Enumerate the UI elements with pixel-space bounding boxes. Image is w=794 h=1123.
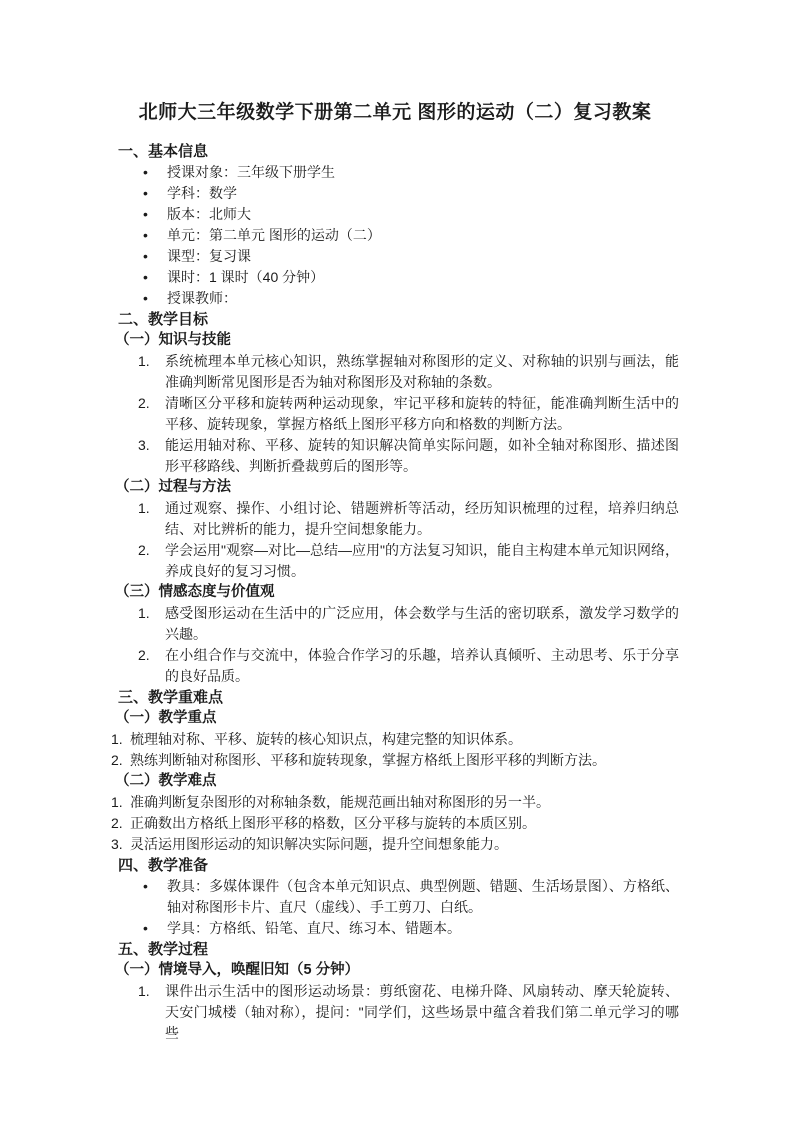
heading-teaching-preparation: 四、教学准备 (118, 855, 679, 876)
bullet-icon: • (143, 204, 167, 225)
numbered-item: 1. 系统梳理本单元核心知识，熟练掌握轴对称图形的定义、对称轴的识别与画法，能准… (138, 351, 679, 393)
item-text: 系统梳理本单元核心知识，熟练掌握轴对称图形的定义、对称轴的识别与画法，能准确判断… (165, 351, 679, 393)
numbered-item: 1. 梳理轴对称、平移、旋转的核心知识点，构建完整的知识体系。 (111, 729, 679, 750)
subheading-process-methods: （二）过程与方法 (115, 477, 679, 498)
bullet-text: 授课教师： (167, 288, 679, 309)
item-text: 正确数出方格纸上图形平移的格数，区分平移与旋转的本质区别。 (130, 813, 679, 834)
numbered-item: 3. 能运用轴对称、平移、旋转的知识解决简单实际问题，如补全轴对称图形、描述图形… (138, 435, 679, 477)
numbered-item: 3. 灵活运用图形运动的知识解决实际问题，提升空间想象能力。 (111, 834, 679, 855)
item-text: 熟练判断轴对称图形、平移和旋转现象，掌握方格纸上图形平移的判断方法。 (130, 750, 679, 771)
item-text: 梳理轴对称、平移、旋转的核心知识点，构建完整的知识体系。 (130, 729, 679, 750)
item-number: 1. (138, 498, 165, 540)
bullet-item: • 授课教师： (143, 288, 679, 309)
document-title: 北师大三年级数学下册第二单元 图形的运动（二）复习教案 (111, 99, 679, 126)
bullet-item: • 课型：复习课 (143, 246, 679, 267)
bullet-icon: • (143, 876, 167, 918)
bullet-text: 授课对象：三年级下册学生 (167, 162, 679, 183)
item-number: 1. (138, 603, 165, 645)
heading-teaching-process: 五、教学过程 (118, 939, 679, 960)
item-text: 准确判断复杂图形的对称轴条数，能规范画出轴对称图形的另一半。 (130, 792, 679, 813)
item-text: 灵活运用图形运动的知识解决实际问题，提升空间想象能力。 (130, 834, 679, 855)
item-number: 3. (138, 435, 165, 477)
bullet-item: • 学具：方格纸、铅笔、直尺、练习本、错题本。 (143, 918, 679, 939)
item-number: 2. (138, 393, 165, 435)
item-number: 2. (138, 540, 165, 582)
heading-teaching-objectives: 二、教学目标 (118, 309, 679, 330)
bullet-icon: • (143, 246, 167, 267)
item-text: 能运用轴对称、平移、旋转的知识解决简单实际问题，如补全轴对称图形、描述图形平移路… (165, 435, 679, 477)
bullet-item: • 授课对象：三年级下册学生 (143, 162, 679, 183)
bullet-icon: • (143, 225, 167, 246)
bullet-item: • 课时：1 课时（40 分钟） (143, 267, 679, 288)
bullet-text: 课时：1 课时（40 分钟） (167, 267, 679, 288)
numbered-item: 1. 通过观察、操作、小组讨论、错题辨析等活动，经历知识梳理的过程，培养归纳总结… (138, 498, 679, 540)
heading-basic-info: 一、基本信息 (118, 141, 679, 162)
item-number: 2. (111, 813, 130, 834)
bullet-text: 版本：北师大 (167, 204, 679, 225)
item-number: 2. (138, 645, 165, 687)
item-number: 3. (111, 834, 130, 855)
item-number: 1. (138, 351, 165, 393)
bullet-item: • 单元：第二单元 图形的运动（二） (143, 225, 679, 246)
bullet-item: • 学科：数学 (143, 183, 679, 204)
bullet-item: • 教具：多媒体课件（包含本单元知识点、典型例题、错题、生活场景图）、方格纸、轴… (143, 876, 679, 918)
bullet-text: 学科：数学 (167, 183, 679, 204)
item-number: 2. (111, 750, 130, 771)
item-text: 学会运用"观察—对比—总结—应用"的方法复习知识，能自主构建本单元知识网络，养成… (165, 540, 679, 582)
subheading-lead-in: （一）情境导入，唤醒旧知（5 分钟） (115, 960, 679, 981)
item-text: 清晰区分平移和旋转两种运动现象，牢记平移和旋转的特征，能准确判断生活中的平移、旋… (165, 393, 679, 435)
bullet-text: 教具：多媒体课件（包含本单元知识点、典型例题、错题、生活场景图）、方格纸、轴对称… (167, 876, 679, 918)
item-number: 1. (138, 981, 165, 1044)
bullet-icon: • (143, 267, 167, 288)
item-text: 在小组合作与交流中，体验合作学习的乐趣，培养认真倾听、主动思考、乐于分享的良好品… (165, 645, 679, 687)
bullet-text: 学具：方格纸、铅笔、直尺、练习本、错题本。 (167, 918, 679, 939)
item-text: 课件出示生活中的图形运动场景：剪纸窗花、电梯升降、风扇转动、摩天轮旋转、天安门城… (165, 981, 679, 1044)
numbered-item: 1. 课件出示生活中的图形运动场景：剪纸窗花、电梯升降、风扇转动、摩天轮旋转、天… (138, 981, 679, 1044)
bullet-item: • 版本：北师大 (143, 204, 679, 225)
bullet-icon: • (143, 183, 167, 204)
bullet-icon: • (143, 162, 167, 183)
numbered-item: 2. 正确数出方格纸上图形平移的格数，区分平移与旋转的本质区别。 (111, 813, 679, 834)
item-number: 1. (111, 792, 130, 813)
subheading-attitude-values: （三）情感态度与价值观 (115, 582, 679, 603)
bullet-text: 单元：第二单元 图形的运动（二） (167, 225, 679, 246)
subheading-teaching-difficulties: （二）教学难点 (115, 771, 679, 792)
item-text: 通过观察、操作、小组讨论、错题辨析等活动，经历知识梳理的过程，培养归纳总结、对比… (165, 498, 679, 540)
bullet-icon: • (143, 288, 167, 309)
bullet-icon: • (143, 918, 167, 939)
numbered-item: 2. 清晰区分平移和旋转两种运动现象，牢记平移和旋转的特征，能准确判断生活中的平… (138, 393, 679, 435)
item-text: 感受图形运动在生活中的广泛应用，体会数学与生活的密切联系，激发学习数学的兴趣。 (165, 603, 679, 645)
subheading-teaching-key-points: （一）教学重点 (115, 708, 679, 729)
heading-key-difficult-points: 三、教学重难点 (118, 687, 679, 708)
subheading-knowledge-skills: （一）知识与技能 (115, 330, 679, 351)
numbered-item: 2. 学会运用"观察—对比—总结—应用"的方法复习知识，能自主构建本单元知识网络… (138, 540, 679, 582)
document-page: 北师大三年级数学下册第二单元 图形的运动（二）复习教案 一、基本信息 • 授课对… (0, 0, 794, 1123)
numbered-item: 2. 在小组合作与交流中，体验合作学习的乐趣，培养认真倾听、主动思考、乐于分享的… (138, 645, 679, 687)
item-number: 1. (111, 729, 130, 750)
numbered-item: 2. 熟练判断轴对称图形、平移和旋转现象，掌握方格纸上图形平移的判断方法。 (111, 750, 679, 771)
bullet-text: 课型：复习课 (167, 246, 679, 267)
numbered-item: 1. 准确判断复杂图形的对称轴条数，能规范画出轴对称图形的另一半。 (111, 792, 679, 813)
numbered-item: 1. 感受图形运动在生活中的广泛应用，体会数学与生活的密切联系，激发学习数学的兴… (138, 603, 679, 645)
